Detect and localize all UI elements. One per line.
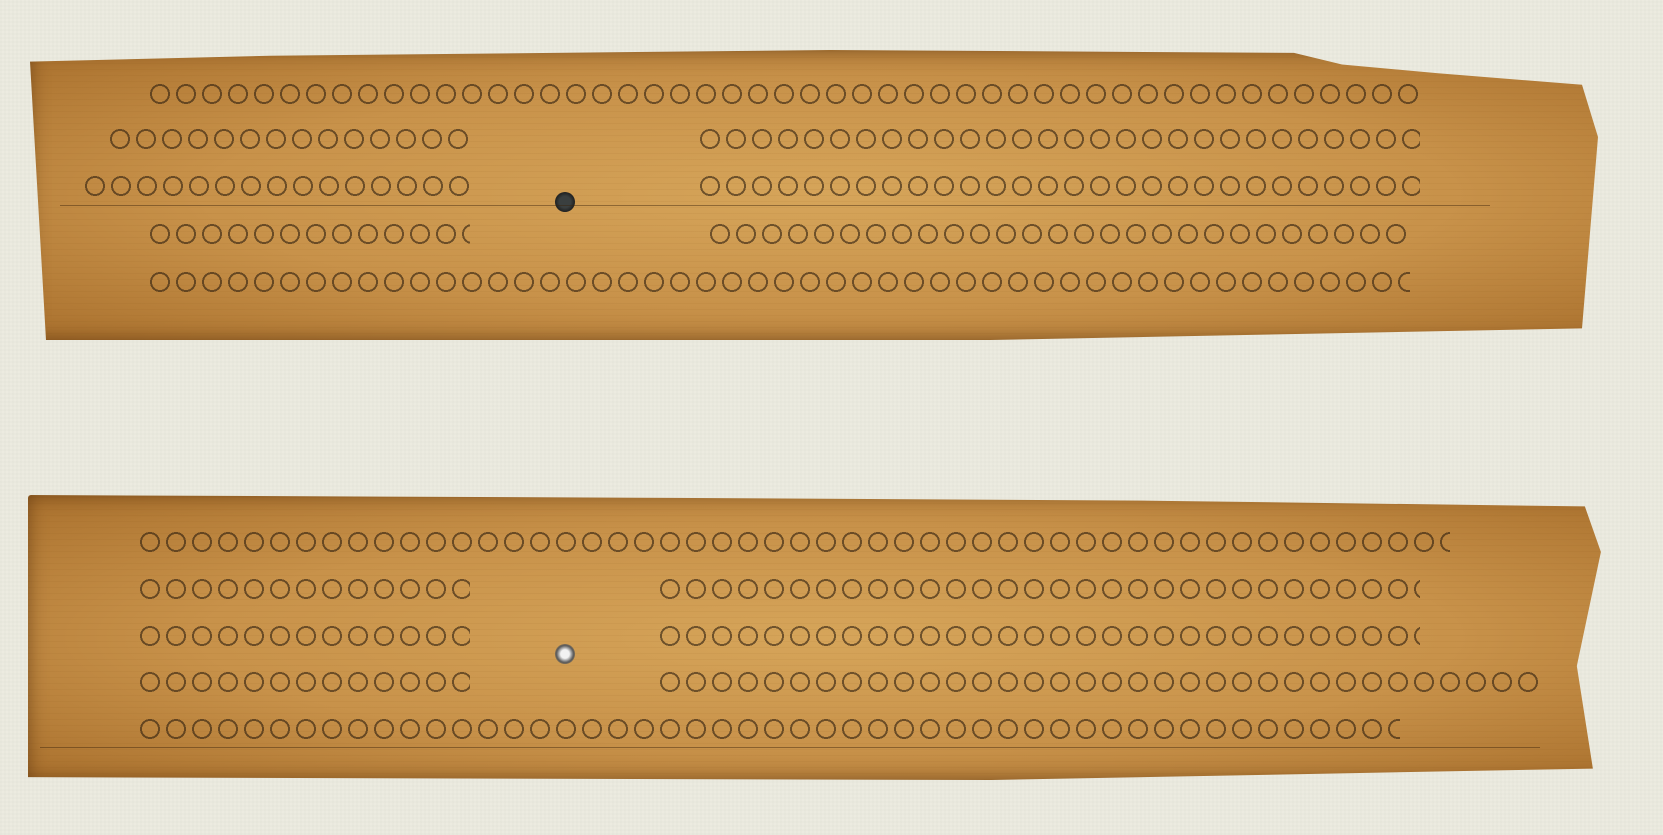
binding-hole-1 [555,192,575,212]
leaf-2-script-line-4b [660,658,1540,698]
leaf-1-script-line-4a [150,210,470,250]
leaf-2-script-line-2a [140,565,470,605]
leaf-2-script-line-1 [140,518,1450,558]
leaf-2-script-line-2b [660,565,1420,605]
leaf-1-script-line-5 [150,258,1410,298]
leaf-2-ruling-line [40,747,1540,748]
binding-hole-2 [555,644,575,664]
leaf-1-ruling-line [60,205,1490,206]
leaf-1-script-line-2a [110,115,470,155]
leaf-2-script-line-3b [660,612,1420,652]
leaf-1-script-line-4b [710,210,1410,250]
leaf-1-script-line-2b [700,115,1420,155]
leaf-1-script-line-1 [150,70,1420,110]
leaf-1-script-line-3a [85,162,470,202]
leaf-2-script-line-5 [140,705,1400,745]
leaf-2-script-line-3a [140,612,470,652]
leaf-1-script-line-3b [700,162,1420,202]
leaf-2-script-line-4a [140,658,470,698]
